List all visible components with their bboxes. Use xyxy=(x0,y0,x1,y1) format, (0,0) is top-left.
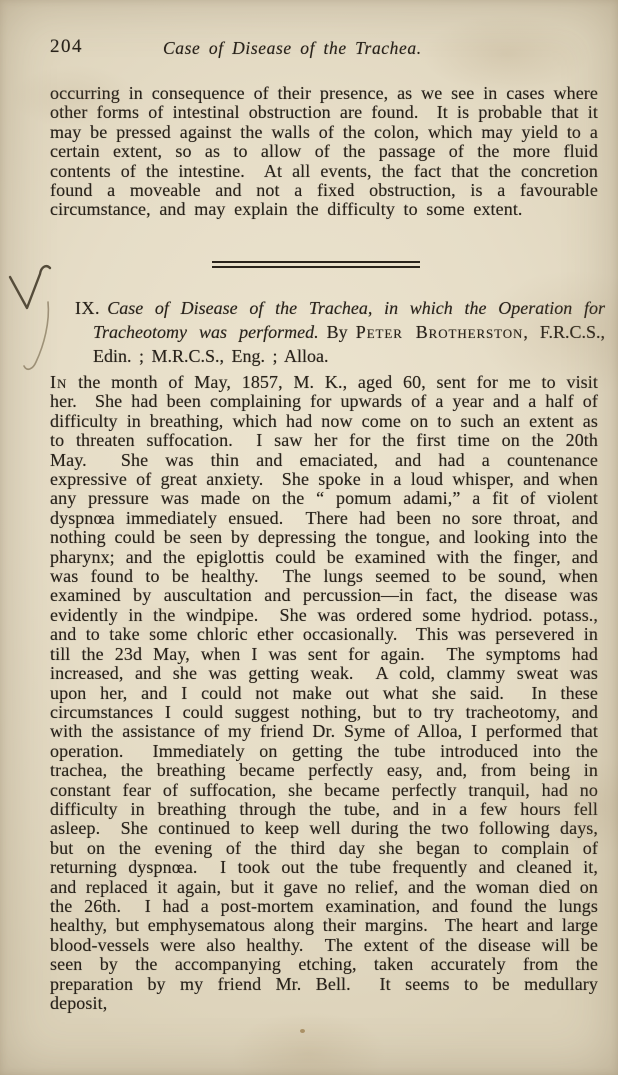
lead-word: In xyxy=(50,372,67,392)
author-name: Peter Brotherston xyxy=(356,322,524,342)
handwritten-tick-mark xyxy=(10,266,50,308)
article-heading: IX.Case of Disease of the Trachea, in wh… xyxy=(93,296,605,368)
divider-rule-thin xyxy=(212,261,420,263)
margin-annotations xyxy=(0,255,60,385)
section-divider xyxy=(212,261,420,268)
handwritten-pen-stroke xyxy=(24,302,48,369)
intro-paragraph: occurring in consequence of their presen… xyxy=(50,84,598,220)
running-title: Case of Disease of the Trachea. xyxy=(163,38,422,59)
byline-prefix: By xyxy=(327,322,348,342)
page-number: 204 xyxy=(50,36,83,58)
article-number: IX. xyxy=(75,298,100,318)
article-body-text: the month of May, 1857, M. K., aged 60, … xyxy=(50,372,598,1013)
divider-rule-thick xyxy=(212,266,420,268)
article-body: In the month of May, 1857, M. K., aged 6… xyxy=(50,373,598,1013)
ink-speck xyxy=(300,1029,305,1033)
page-header: 204 Case of Disease of the Trachea. xyxy=(0,36,618,62)
book-page: 204 Case of Disease of the Trachea. occu… xyxy=(0,0,618,1075)
